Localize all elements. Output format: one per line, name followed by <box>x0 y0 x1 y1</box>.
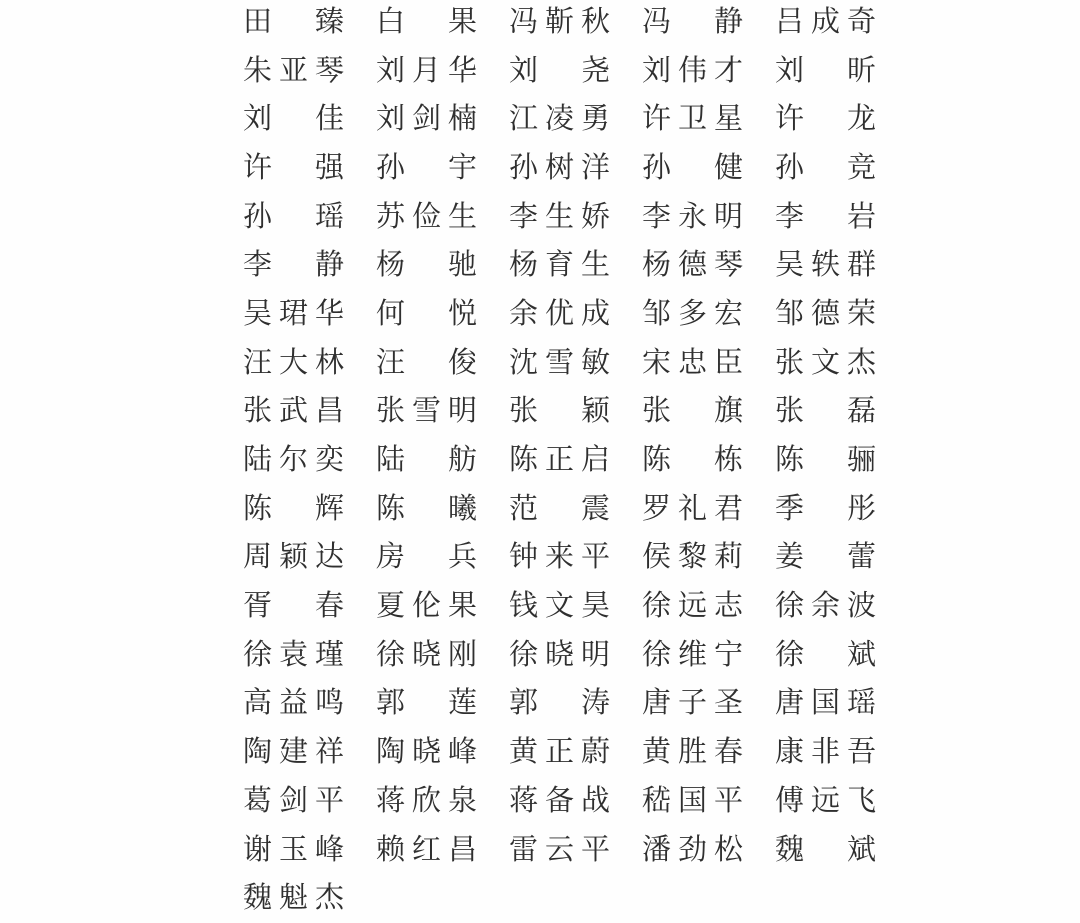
name-char: 魁 <box>279 884 308 913</box>
name-char: 昕 <box>847 57 876 86</box>
name-char: 飞 <box>847 787 876 816</box>
name-char: 钟 <box>509 543 538 572</box>
name-char: 奕 <box>315 446 344 475</box>
name-char: 姜 <box>775 543 804 572</box>
name-item: 唐子圣 <box>642 680 743 729</box>
name-item: 陆舫 <box>376 436 477 485</box>
name-char: 徐 <box>243 641 272 670</box>
name-char: 陶 <box>243 738 272 767</box>
name-char: 祥 <box>315 738 344 767</box>
name-item: 许龙 <box>775 95 876 144</box>
name-char: 李 <box>509 203 538 232</box>
name-item: 傅远飞 <box>775 777 876 826</box>
name-char: 徐 <box>376 641 405 670</box>
name-item: 蒋欣泉 <box>376 777 477 826</box>
document-page: 田臻白果冯靳秋冯静吕成奇朱亚琴刘月华刘尧刘伟才刘昕刘佳刘剑楠江凌勇许卫星许龙许强… <box>0 0 1080 923</box>
name-item: 余优成 <box>509 290 610 339</box>
name-item: 姜蕾 <box>775 534 876 583</box>
name-char: 来 <box>545 543 574 572</box>
name-char: 魏 <box>243 884 272 913</box>
name-char: 瑾 <box>315 641 344 670</box>
name-char: 武 <box>279 397 308 426</box>
name-item: 孙树洋 <box>509 144 610 193</box>
name-char: 陈 <box>509 446 538 475</box>
name-char: 田 <box>243 8 272 37</box>
name-char: 栋 <box>714 446 743 475</box>
name-char: 冯 <box>509 8 538 37</box>
name-char: 建 <box>279 738 308 767</box>
name-char: 房 <box>376 543 405 572</box>
name-char: 蔚 <box>581 738 610 767</box>
name-char: 明 <box>714 203 743 232</box>
name-char: 尧 <box>581 57 610 86</box>
name-item: 冯靳秋 <box>509 0 610 47</box>
name-item: 刘尧 <box>509 47 610 96</box>
name-char: 静 <box>714 8 743 37</box>
name-char: 岩 <box>847 203 876 232</box>
name-item: 陆尔奕 <box>243 436 344 485</box>
name-char: 驰 <box>448 251 477 280</box>
name-char: 孙 <box>376 154 405 183</box>
name-char: 文 <box>545 592 574 621</box>
name-char: 健 <box>714 154 743 183</box>
name-char: 冯 <box>642 8 671 37</box>
name-char: 徐 <box>642 592 671 621</box>
name-char: 珺 <box>279 300 308 329</box>
name-char: 刘 <box>376 57 405 86</box>
name-char: 文 <box>811 349 840 378</box>
name-char: 张 <box>243 397 272 426</box>
name-char: 侯 <box>642 543 671 572</box>
name-char: 正 <box>545 738 574 767</box>
name-char: 启 <box>581 446 610 475</box>
name-char: 楠 <box>448 105 477 134</box>
name-char: 罗 <box>642 495 671 524</box>
name-item: 郭涛 <box>509 680 610 729</box>
name-char: 生 <box>581 251 610 280</box>
name-char: 张 <box>642 397 671 426</box>
name-item: 张旗 <box>642 388 743 437</box>
name-char: 邹 <box>775 300 804 329</box>
name-item: 徐维宁 <box>642 631 743 680</box>
name-char: 生 <box>448 203 477 232</box>
name-item: 白果 <box>376 0 477 47</box>
name-char: 悦 <box>448 300 477 329</box>
name-char: 果 <box>448 592 477 621</box>
name-char: 李 <box>642 203 671 232</box>
name-item: 郭莲 <box>376 680 477 729</box>
name-item: 孙宇 <box>376 144 477 193</box>
name-char: 谢 <box>243 836 272 865</box>
name-char: 蕾 <box>847 543 876 572</box>
name-char: 辉 <box>315 495 344 524</box>
name-item: 赖红昌 <box>376 826 477 875</box>
name-item: 徐晓刚 <box>376 631 477 680</box>
name-item: 高益鸣 <box>243 680 344 729</box>
name-char: 杰 <box>315 884 344 913</box>
name-char: 波 <box>847 592 876 621</box>
name-char: 孙 <box>509 154 538 183</box>
name-char: 成 <box>581 300 610 329</box>
name-char: 旗 <box>714 397 743 426</box>
name-char: 群 <box>847 251 876 280</box>
name-char: 泉 <box>448 787 477 816</box>
name-item: 苏俭生 <box>376 193 477 242</box>
name-item: 张文杰 <box>775 339 876 388</box>
name-char: 徐 <box>642 641 671 670</box>
name-char: 欣 <box>412 787 441 816</box>
name-item: 许强 <box>243 144 344 193</box>
name-char: 黄 <box>509 738 538 767</box>
name-item: 孙竞 <box>775 144 876 193</box>
name-item: 魏魁杰 <box>243 874 344 923</box>
name-char: 多 <box>678 300 707 329</box>
name-char: 陈 <box>376 495 405 524</box>
name-char: 陈 <box>775 446 804 475</box>
name-char: 黎 <box>678 543 707 572</box>
name-char: 唐 <box>642 689 671 718</box>
name-char: 黄 <box>642 738 671 767</box>
name-char: 远 <box>811 787 840 816</box>
name-item: 刘伟才 <box>642 47 743 96</box>
name-char: 蒋 <box>376 787 405 816</box>
name-item: 田臻 <box>243 0 344 47</box>
name-char: 李 <box>775 203 804 232</box>
name-char: 刚 <box>448 641 477 670</box>
name-char: 生 <box>545 203 574 232</box>
name-char: 斌 <box>847 836 876 865</box>
name-char: 瑶 <box>847 689 876 718</box>
name-item: 谢玉峰 <box>243 826 344 875</box>
name-char: 胥 <box>243 592 272 621</box>
name-item: 蒋备战 <box>509 777 610 826</box>
name-char: 张 <box>775 349 804 378</box>
name-char: 佳 <box>315 105 344 134</box>
name-item: 嵇国平 <box>642 777 743 826</box>
name-char: 龙 <box>847 105 876 134</box>
name-char: 吴 <box>243 300 272 329</box>
name-item: 季彤 <box>775 485 876 534</box>
name-item: 雷云平 <box>509 826 610 875</box>
name-char: 彤 <box>847 495 876 524</box>
name-char: 康 <box>775 738 804 767</box>
name-item: 张颖 <box>509 388 610 437</box>
name-char: 竞 <box>847 154 876 183</box>
name-char: 傅 <box>775 787 804 816</box>
name-char: 雪 <box>412 397 441 426</box>
name-char: 臣 <box>714 349 743 378</box>
name-char: 德 <box>811 300 840 329</box>
name-item: 汪俊 <box>376 339 477 388</box>
name-char: 亚 <box>279 57 308 86</box>
name-char: 果 <box>448 8 477 37</box>
name-char: 正 <box>545 446 574 475</box>
name-item: 陈骊 <box>775 436 876 485</box>
name-char: 昌 <box>448 836 477 865</box>
name-char: 宇 <box>448 154 477 183</box>
name-char: 郭 <box>376 689 405 718</box>
name-item: 葛剑平 <box>243 777 344 826</box>
name-char: 汪 <box>376 349 405 378</box>
name-char: 云 <box>545 836 574 865</box>
name-char: 余 <box>811 592 840 621</box>
name-char: 陆 <box>376 446 405 475</box>
name-char: 敏 <box>581 349 610 378</box>
name-char: 郭 <box>509 689 538 718</box>
name-char: 汪 <box>243 349 272 378</box>
name-char: 益 <box>279 689 308 718</box>
name-char: 松 <box>714 836 743 865</box>
name-char: 静 <box>315 251 344 280</box>
name-item: 魏斌 <box>775 826 876 875</box>
name-char: 磊 <box>847 397 876 426</box>
name-item: 杨育生 <box>509 241 610 290</box>
name-char: 树 <box>545 154 574 183</box>
name-char: 洋 <box>581 154 610 183</box>
name-char: 卫 <box>678 105 707 134</box>
name-char: 张 <box>376 397 405 426</box>
name-item: 唐国瑶 <box>775 680 876 729</box>
name-char: 杨 <box>509 251 538 280</box>
name-char: 孙 <box>775 154 804 183</box>
name-item: 周颖达 <box>243 534 344 583</box>
name-char: 周 <box>243 543 272 572</box>
name-char: 刘 <box>509 57 538 86</box>
name-char: 才 <box>714 57 743 86</box>
name-item: 陶建祥 <box>243 728 344 777</box>
name-item: 黄正蔚 <box>509 728 610 777</box>
name-item: 刘月华 <box>376 47 477 96</box>
name-char: 劲 <box>678 836 707 865</box>
name-item: 夏伦果 <box>376 582 477 631</box>
name-char: 季 <box>775 495 804 524</box>
name-char: 袁 <box>279 641 308 670</box>
name-char: 李 <box>243 251 272 280</box>
name-char: 华 <box>315 300 344 329</box>
name-char: 伦 <box>412 592 441 621</box>
name-char: 华 <box>448 57 477 86</box>
name-item: 李生娇 <box>509 193 610 242</box>
name-char: 昌 <box>315 397 344 426</box>
name-char: 剑 <box>279 787 308 816</box>
name-char: 明 <box>581 641 610 670</box>
name-char: 陈 <box>642 446 671 475</box>
name-char: 德 <box>678 251 707 280</box>
name-char: 吕 <box>775 8 804 37</box>
name-char: 莉 <box>714 543 743 572</box>
name-char: 钱 <box>509 592 538 621</box>
name-char: 强 <box>315 154 344 183</box>
name-char: 琴 <box>315 57 344 86</box>
name-char: 国 <box>811 689 840 718</box>
name-item: 李永明 <box>642 193 743 242</box>
name-char: 尔 <box>279 446 308 475</box>
name-item: 刘剑楠 <box>376 95 477 144</box>
name-item: 吕成奇 <box>775 0 876 47</box>
name-char: 骊 <box>847 446 876 475</box>
name-char: 陶 <box>376 738 405 767</box>
name-char: 胜 <box>678 738 707 767</box>
name-item: 张武昌 <box>243 388 344 437</box>
name-char: 张 <box>509 397 538 426</box>
name-char: 苏 <box>376 203 405 232</box>
name-item: 江凌勇 <box>509 95 610 144</box>
name-char: 忠 <box>678 349 707 378</box>
name-item: 宋忠臣 <box>642 339 743 388</box>
name-char: 孙 <box>642 154 671 183</box>
name-char: 大 <box>279 349 308 378</box>
name-char: 琴 <box>714 251 743 280</box>
name-char: 宁 <box>714 641 743 670</box>
name-item: 何悦 <box>376 290 477 339</box>
name-item: 刘昕 <box>775 47 876 96</box>
name-char: 林 <box>315 349 344 378</box>
name-char: 唐 <box>775 689 804 718</box>
name-char: 春 <box>315 592 344 621</box>
name-item: 朱亚琴 <box>243 47 344 96</box>
name-item: 徐袁瑾 <box>243 631 344 680</box>
name-item: 张磊 <box>775 388 876 437</box>
name-char: 雷 <box>509 836 538 865</box>
name-char: 魏 <box>775 836 804 865</box>
name-char: 平 <box>581 543 610 572</box>
name-char: 雪 <box>545 349 574 378</box>
name-char: 颖 <box>581 397 610 426</box>
name-char: 凌 <box>545 105 574 134</box>
name-char: 娇 <box>581 203 610 232</box>
name-char: 高 <box>243 689 272 718</box>
name-item: 吴珺华 <box>243 290 344 339</box>
name-char: 瑶 <box>315 203 344 232</box>
name-char: 宏 <box>714 300 743 329</box>
name-char: 峰 <box>448 738 477 767</box>
name-item: 罗礼君 <box>642 485 743 534</box>
name-item: 李静 <box>243 241 344 290</box>
name-grid: 田臻白果冯靳秋冯静吕成奇朱亚琴刘月华刘尧刘伟才刘昕刘佳刘剑楠江凌勇许卫星许龙许强… <box>243 0 876 923</box>
name-char: 昊 <box>581 592 610 621</box>
name-item: 陶晓峰 <box>376 728 477 777</box>
name-item: 汪大林 <box>243 339 344 388</box>
name-char: 刘 <box>376 105 405 134</box>
name-char: 徐 <box>775 641 804 670</box>
name-item: 邹德荣 <box>775 290 876 339</box>
name-char: 志 <box>714 592 743 621</box>
name-char: 育 <box>545 251 574 280</box>
name-item: 陈栋 <box>642 436 743 485</box>
name-char: 曦 <box>448 495 477 524</box>
name-char: 余 <box>509 300 538 329</box>
name-item: 孙健 <box>642 144 743 193</box>
name-char: 许 <box>775 105 804 134</box>
name-char: 奇 <box>847 8 876 37</box>
name-char: 维 <box>678 641 707 670</box>
name-char: 潘 <box>642 836 671 865</box>
name-item: 陈正启 <box>509 436 610 485</box>
name-char: 远 <box>678 592 707 621</box>
name-item: 李岩 <box>775 193 876 242</box>
name-item: 康非吾 <box>775 728 876 777</box>
name-char: 平 <box>315 787 344 816</box>
name-char: 范 <box>509 495 538 524</box>
name-item: 徐斌 <box>775 631 876 680</box>
name-item: 胥春 <box>243 582 344 631</box>
name-char: 俊 <box>448 349 477 378</box>
name-char: 红 <box>412 836 441 865</box>
name-char: 优 <box>545 300 574 329</box>
name-char: 许 <box>243 154 272 183</box>
name-item: 徐晓明 <box>509 631 610 680</box>
name-item: 徐远志 <box>642 582 743 631</box>
name-char: 何 <box>376 300 405 329</box>
name-char: 臻 <box>315 8 344 37</box>
name-char: 平 <box>581 836 610 865</box>
name-item: 邹多宏 <box>642 290 743 339</box>
name-char: 杨 <box>642 251 671 280</box>
name-char: 礼 <box>678 495 707 524</box>
name-char: 吴 <box>775 251 804 280</box>
name-item: 黄胜春 <box>642 728 743 777</box>
name-char: 赖 <box>376 836 405 865</box>
name-char: 永 <box>678 203 707 232</box>
name-char: 勇 <box>581 105 610 134</box>
name-item: 徐余波 <box>775 582 876 631</box>
name-item: 许卫星 <box>642 95 743 144</box>
name-item: 杨驰 <box>376 241 477 290</box>
name-item: 沈雪敏 <box>509 339 610 388</box>
name-char: 伟 <box>678 57 707 86</box>
name-char: 朱 <box>243 57 272 86</box>
name-char: 晓 <box>412 641 441 670</box>
name-char: 涛 <box>581 689 610 718</box>
name-char: 陆 <box>243 446 272 475</box>
name-char: 荣 <box>847 300 876 329</box>
name-item: 张雪明 <box>376 388 477 437</box>
name-char: 成 <box>811 8 840 37</box>
name-char: 轶 <box>811 251 840 280</box>
name-char: 陈 <box>243 495 272 524</box>
name-char: 震 <box>581 495 610 524</box>
name-char: 非 <box>811 738 840 767</box>
name-item: 孙瑶 <box>243 193 344 242</box>
name-char: 杰 <box>847 349 876 378</box>
name-char: 颖 <box>279 543 308 572</box>
name-char: 徐 <box>775 592 804 621</box>
name-char: 君 <box>714 495 743 524</box>
name-char: 达 <box>315 543 344 572</box>
name-char: 平 <box>714 787 743 816</box>
name-char: 星 <box>714 105 743 134</box>
name-char: 国 <box>678 787 707 816</box>
name-char: 晓 <box>412 738 441 767</box>
name-char: 兵 <box>448 543 477 572</box>
name-char: 江 <box>509 105 538 134</box>
name-char: 俭 <box>412 203 441 232</box>
name-char: 峰 <box>315 836 344 865</box>
name-char: 舫 <box>448 446 477 475</box>
name-item: 陈辉 <box>243 485 344 534</box>
name-item: 吴轶群 <box>775 241 876 290</box>
name-char: 战 <box>581 787 610 816</box>
name-char: 剑 <box>412 105 441 134</box>
name-char: 备 <box>545 787 574 816</box>
name-char: 刘 <box>642 57 671 86</box>
name-item: 钟来平 <box>509 534 610 583</box>
name-char: 蒋 <box>509 787 538 816</box>
name-char: 靳 <box>545 8 574 37</box>
name-char: 子 <box>678 689 707 718</box>
name-char: 春 <box>714 738 743 767</box>
name-item: 侯黎莉 <box>642 534 743 583</box>
